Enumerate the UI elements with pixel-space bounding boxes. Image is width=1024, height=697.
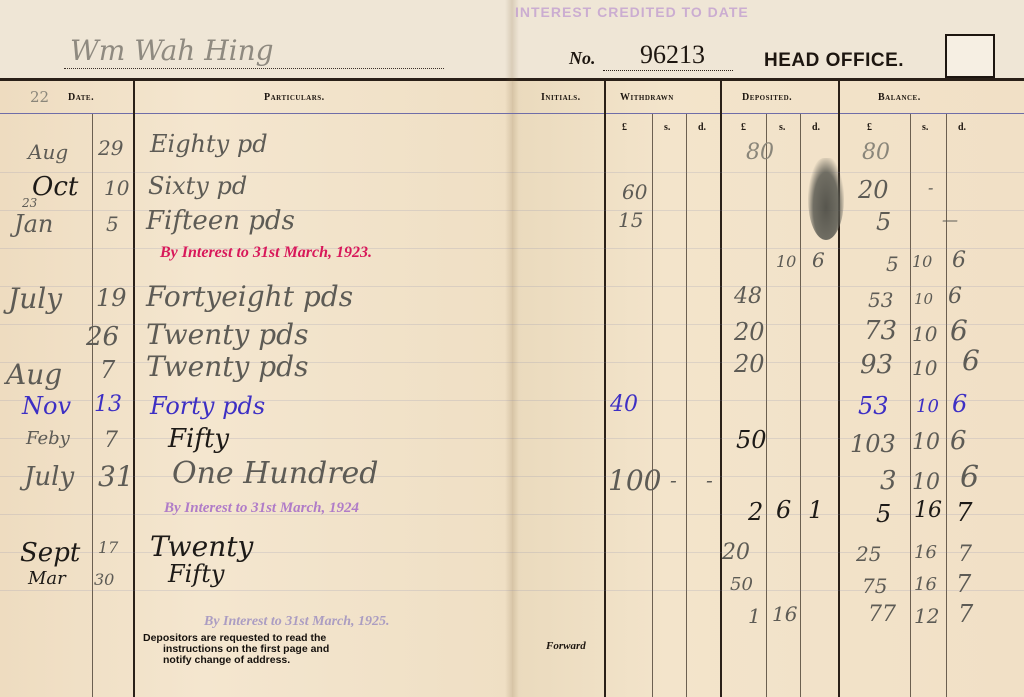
header-initials: Initials. xyxy=(541,92,581,103)
entry-balance-shillings: 10 xyxy=(912,252,932,271)
entry-balance-pounds: 20 xyxy=(858,176,889,204)
entry-withdrawn-pence: - xyxy=(706,468,713,492)
interest-stamp-1924: By Interest to 31st March, 1924 xyxy=(164,500,359,517)
owner-name: Wm Wah Hing xyxy=(70,34,274,67)
entry-day: 29 xyxy=(98,136,123,160)
balance-pence-header: d. xyxy=(958,122,966,133)
balance-s-divider xyxy=(910,114,911,697)
entry-balance-pounds: 53 xyxy=(868,288,893,312)
entry-balance-shillings: 10 xyxy=(912,322,937,346)
header-particulars: Particulars. xyxy=(264,92,325,103)
entry-balance-shillings: 10 xyxy=(912,470,940,495)
entry-balance-pence: 6 xyxy=(960,460,979,495)
entry-year-note: 23 xyxy=(22,196,37,210)
entry-balance-pounds: 3 xyxy=(880,466,897,496)
deposited-s-divider xyxy=(766,114,767,697)
entry-deposited-pence: 1 xyxy=(808,496,823,524)
entry-month: Feby xyxy=(26,428,70,449)
entry-balance-pence: 7 xyxy=(958,600,973,628)
entry-day: 7 xyxy=(104,428,118,453)
office-checkbox xyxy=(945,34,995,78)
entry-balance-pounds: 53 xyxy=(858,392,889,420)
entry-day: 26 xyxy=(86,322,119,352)
entry-withdrawn-shillings: - xyxy=(670,468,677,492)
notice-line: notify change of address. xyxy=(143,655,329,666)
entry-deposited-pounds: 50 xyxy=(730,574,753,595)
entry-deposited-pence: 6 xyxy=(812,248,825,272)
entry-balance-pence: — xyxy=(942,210,958,229)
entry-balance-pence: 7 xyxy=(958,542,972,567)
entry-month: July xyxy=(24,462,74,492)
withdrawn-s-divider xyxy=(652,114,653,697)
deposited-pence-header: d. xyxy=(812,122,820,133)
entry-balance-shillings: 16 xyxy=(914,498,942,523)
entry-particulars: Sixty pd xyxy=(148,172,247,200)
entry-particulars: Fifteen pds xyxy=(146,206,295,236)
entry-deposited-shillings: 10 xyxy=(776,252,796,271)
entry-particulars: Eighty pd xyxy=(150,130,268,158)
entry-balance-shillings: 10 xyxy=(914,290,933,308)
entry-day: 5 xyxy=(106,212,119,236)
date-day-divider xyxy=(92,114,93,697)
entry-particulars: Twenty pds xyxy=(146,350,308,383)
entry-deposited-pounds: 1 xyxy=(748,604,761,628)
entry-month: Mar xyxy=(28,568,66,589)
header-balance: Balance. xyxy=(878,92,921,103)
entry-balance-pounds: 75 xyxy=(862,574,887,598)
header-deposited: Deposited. xyxy=(742,92,792,103)
entry-balance-pence: 6 xyxy=(952,390,967,418)
withdrawn-pounds-header: £ xyxy=(622,122,627,133)
column-header-row: 22 Date. Particulars. Initials. Withdraw… xyxy=(0,82,1024,114)
entry-balance-pence: 6 xyxy=(950,426,967,456)
entry-month: Jan xyxy=(14,210,53,238)
entry-balance-pounds: 77 xyxy=(868,602,896,627)
interest-stamp-1925: By Interest to 31st March, 1925. xyxy=(204,614,390,630)
account-number-line xyxy=(603,70,733,71)
entry-balance-pounds: 25 xyxy=(856,542,881,566)
entry-balance-pence: 7 xyxy=(956,570,971,598)
entry-balance-shillings: 16 xyxy=(914,542,937,563)
entry-day: 10 xyxy=(104,176,129,200)
entry-month: Sept xyxy=(20,538,80,568)
entry-withdrawn-pounds: 100 xyxy=(608,464,661,497)
entry-balance-pounds: 5 xyxy=(876,208,891,236)
entry-deposited-pounds: 20 xyxy=(734,318,765,346)
office-label: HEAD OFFICE. xyxy=(764,50,904,72)
entry-day: 13 xyxy=(94,392,122,417)
entry-month: July xyxy=(8,282,62,315)
entry-day: 17 xyxy=(98,538,118,557)
entry-day: 7 xyxy=(100,356,115,384)
name-dotted-line xyxy=(64,68,444,69)
entry-particulars: Fifty xyxy=(168,560,224,588)
entry-balance-pounds: 5 xyxy=(876,500,891,528)
entry-month: Oct xyxy=(32,172,78,202)
entry-balance-pounds: 103 xyxy=(850,430,896,458)
entry-balance-pence: 6 xyxy=(950,314,968,347)
entry-particulars: Forty pds xyxy=(150,392,265,420)
entry-month: Aug xyxy=(28,140,68,164)
entry-balance-shillings: - xyxy=(928,178,933,197)
entry-deposited-shillings: 16 xyxy=(772,602,797,626)
header-date: Date. xyxy=(68,92,94,103)
entry-balance-shillings: 10 xyxy=(912,356,937,380)
top-stamp: INTEREST CREDITED TO DATE xyxy=(515,4,749,20)
entry-particulars: One Hundred xyxy=(172,456,379,491)
deposited-pounds-header: £ xyxy=(741,122,746,133)
entry-balance-pence: 6 xyxy=(962,344,980,377)
entry-balance-shillings: 12 xyxy=(914,604,939,628)
entry-particulars: Fortyeight pds xyxy=(146,280,353,313)
withdrawn-shillings-header: s. xyxy=(664,122,670,133)
entry-day: 19 xyxy=(96,284,127,312)
entry-balance-pounds: 93 xyxy=(860,350,893,380)
entry-month: Aug xyxy=(6,358,62,391)
entry-balance-pounds: 80 xyxy=(862,140,890,165)
entry-particulars: Fifty xyxy=(168,424,229,454)
header-blue-rule xyxy=(0,113,1024,114)
ink-blot xyxy=(808,158,844,240)
entry-deposited-pounds: 50 xyxy=(736,426,767,454)
entry-particulars: Twenty pds xyxy=(146,318,308,351)
entry-balance-pounds: 73 xyxy=(864,316,897,346)
entry-balance-pence: 7 xyxy=(956,498,973,528)
entry-deposited-pounds: 48 xyxy=(734,284,762,309)
entry-deposited-pounds: 2 xyxy=(748,498,763,526)
entry-deposited-pounds: 20 xyxy=(734,350,765,378)
entry-particulars: Twenty xyxy=(150,530,253,563)
balance-pounds-header: £ xyxy=(867,122,872,133)
forward-label: Forward xyxy=(546,640,586,652)
withdrawn-pence-header: d. xyxy=(698,122,706,133)
entry-balance-pence: 6 xyxy=(952,248,966,273)
withdrawn-d-divider xyxy=(686,114,687,697)
entry-deposited-pounds: 80 xyxy=(746,140,774,165)
entry-withdrawn-pounds: 60 xyxy=(622,180,647,204)
deposited-d-divider xyxy=(800,114,801,697)
entry-withdrawn-pounds: 15 xyxy=(618,208,643,232)
entry-deposited-pounds: 20 xyxy=(722,540,750,565)
entry-balance-shillings: 16 xyxy=(914,574,937,595)
entry-balance-pounds: 5 xyxy=(886,252,899,276)
entry-day: 31 xyxy=(98,460,134,493)
entry-balance-shillings: 10 xyxy=(916,396,939,417)
balance-d-divider xyxy=(946,114,947,697)
entry-balance-shillings: 10 xyxy=(912,430,940,455)
entry-deposited-shillings: 6 xyxy=(776,496,791,524)
header-withdrawn: Withdrawn xyxy=(620,92,674,103)
entry-withdrawn-pounds: 40 xyxy=(610,392,638,417)
deposited-shillings-header: s. xyxy=(779,122,785,133)
interest-stamp-1923: By Interest to 31st March, 1923. xyxy=(160,244,372,262)
balance-shillings-header: s. xyxy=(922,122,928,133)
account-number-label: No. xyxy=(569,48,596,69)
depositor-notice: Depositors are requested to read the ins… xyxy=(143,633,329,666)
page-number-note: 22 xyxy=(30,88,49,106)
entry-month: Nov xyxy=(22,392,71,420)
entry-day: 30 xyxy=(94,570,114,589)
account-number: 96213 xyxy=(640,40,705,70)
entry-balance-pence: 6 xyxy=(948,284,962,309)
